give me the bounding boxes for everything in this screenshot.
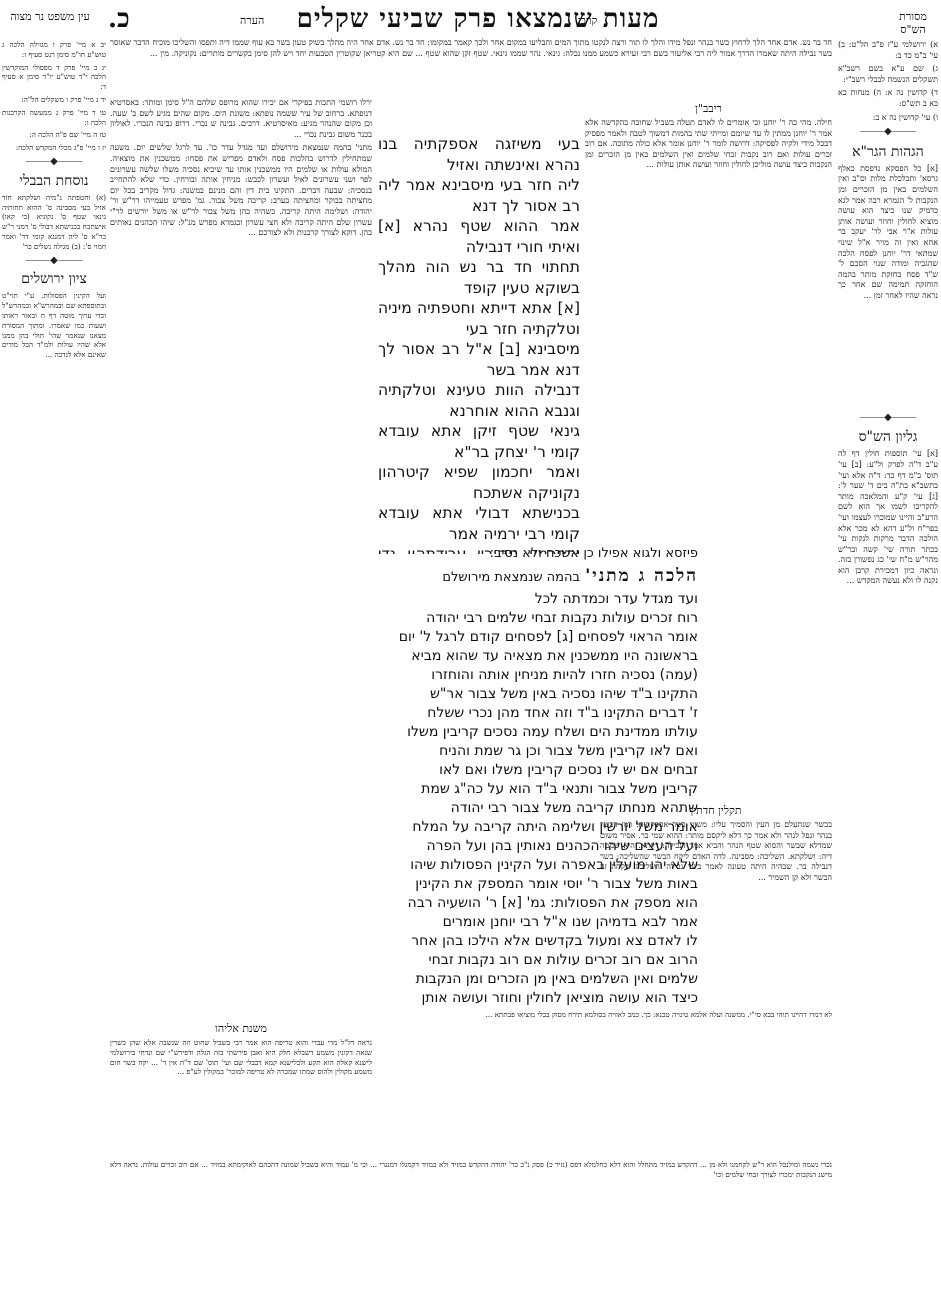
gilyon-hashas-text: [א] עי' תוספות חולין דף לה ע"ב ד"ה לפרק …: [838, 449, 938, 649]
gilyon-hashas-title: גליון הש"ס: [838, 427, 938, 447]
ornament-divider: ⸻◆⸻: [2, 157, 106, 167]
ribbavan-title: ריבב"ן: [585, 102, 832, 116]
ein-mishpat-item: טז ה מיי' שם פ"ה הלכה ה:: [2, 130, 106, 140]
gemara-line: דנבילה הוות טעינא וטלקתיה וגנבא ההוא אוח…: [378, 380, 580, 421]
ein-mishpat-item: יג ב מיי' פרק ד מפסולי המוקדשין הלכה י"ד…: [2, 63, 106, 92]
ein-mishpat-item: יב א מיי' פרק ו מגזילה הלכה ג טוש"ע חו"מ…: [2, 40, 106, 60]
pnei-moshe-text: ירלו רושמי התכות בפיקרי אם יכירו שהוא מר…: [110, 98, 372, 140]
masoret-item: ג) שם ע"א בשם רשב"א תשקלים הנשמח לבבלי ר…: [838, 64, 938, 85]
gemara-line: בכנישתא דבולי אתא עובדא קומי רבי ירמיה א…: [378, 503, 580, 544]
gemara-line: מיסבינא [ב] א"ל רב אסור לך דנא אמר בשר: [378, 339, 580, 380]
mishnat-eliyahu-block: משנת אליהו נראה דל"ל מרי עבדי והוא טריפה…: [110, 1018, 372, 1158]
bottom-full-commentary: נכרי נשמה ומולנכל הוא ר"ש לקחמנו ולא מן …: [110, 1160, 832, 1308]
hagahot-hagra-text: [א] כל הפסקא נדפסת כאלף גרסא' ותכלכלת מל…: [838, 164, 938, 409]
mishna-line: ואם לאו קריבין משל צבור וכן גר שמת והניח: [378, 742, 698, 761]
bottom-right-commentary: לא דמרו דהיינו תוהי בבא סי"י. ממשנה ועלה…: [378, 1010, 832, 1160]
pnei-moshe-column: ירלו רושמי התכות בפיקרי אם יכירו שהוא מר…: [110, 98, 372, 1018]
mishna-line: אומר הראוי לפסחים [ג] לפסחים קודם לרגל ל…: [378, 628, 698, 647]
gemara-closing-line: פיזסא ולגוא אפילו כן אשכח ולא נסיב:: [378, 544, 698, 566]
masoret-item: ד) קדושין נה א: ה) מנחות כא כא ב תש"ס:: [838, 88, 938, 109]
page-title: מעות שנמצאו פרק שביעי שקלים: [268, 4, 688, 34]
right-margin-column: א) ירושלמי ע"ז פ"ב הל"ט: ב) עי' ב"מ כד ב…: [838, 40, 938, 652]
tikalin-chadtin-text: בבשר שנתעלם מן העין והסמיך עליו: משוני ב…: [600, 820, 832, 884]
page-header: מסורת הש"ס קרבן מעות שנמצאו פרק שביעי שק…: [0, 0, 941, 34]
halacha-heading: הלכה ג מתני' בהמה שנמצאת מירושלם: [378, 566, 698, 590]
gemara-line: גינאי שטף זיקן אתא עובדא קומי ר' יצחק בר…: [378, 421, 580, 462]
gemara-line: ואמר יחכמון שפיא קיטרהון נקוניקה אשתכח: [378, 462, 580, 503]
ein-mishpat-item: יד ג מיי' פרק ו משקלים הל"ה:: [2, 95, 106, 105]
mishna-line: עולתו ממדינת הים ושלח עמה נסכים קריבין מ…: [378, 723, 698, 742]
mishnat-eliyahu-text: נראה דל"ל מרי עבדי והוא טריפה הוא אמר רב…: [110, 1038, 372, 1077]
hagahot-hagra-title: הגהות הגר"א: [838, 142, 938, 162]
mishna-line: קריבין משל צבור ותנאי ב"ד הוא על כה"ג שמ…: [378, 780, 698, 799]
ein-mishpat-item: טו ד מיי' פרק ג ממעשה הקרבנות הלכה ו:: [2, 108, 106, 128]
gemara-line: אמר ההוא שטף נהרא [א] ואיתי חורי דנבילה: [378, 216, 580, 257]
halacha-commentary-text: מתני' בהמה שנמצאת מירושלם ועד מגדל עדר כ…: [110, 143, 372, 238]
halacha-title: הלכה ג מתני': [585, 566, 698, 586]
masoret-item: ו) עי' קדושין נה א ב:: [838, 113, 938, 124]
gemara-text-block: בעי משיזגה אספקתיה בנו נהרא ואינשתה ואזי…: [378, 134, 580, 554]
masoret-item: א) ירושלמי ע"ז פ"ב הל"ט: ב) עי' ב"מ כד ב…: [838, 40, 938, 61]
mishna-line: ז' דברים התקינו ב"ד וזה אחד מהן נכרי ששל…: [378, 704, 698, 723]
mishna-line: רוח זכרים עולות נקבות זבחי שלמים רבי יהו…: [378, 609, 698, 628]
ornament-divider: ⸻◆⸻: [2, 256, 106, 266]
tikalin-chadtin-column: תקלין חדתין בבשר שנתעלם מן העין והסמיך ע…: [600, 800, 832, 1000]
mishna-line: (עמה) נסכיה חזרו להיות מניחין אותה והוחז…: [378, 666, 698, 685]
folio-number: כ.: [108, 4, 130, 34]
korban-haeda-top: חד בר נש. אדם אחד הלך לרחוץ בשר בנהר ונפ…: [110, 38, 832, 94]
gemara-line: [א] אתא דייתא וחטפתיה מיניה וטלקתיה חזר …: [378, 298, 580, 339]
gemara-line: ליה חזר בעי מיסבינא אמר ליה רב אסור לך ד…: [378, 175, 580, 216]
mishna-line: זבחים אם יש לו נסכים קריבין משלו ואם לאו: [378, 761, 698, 780]
tikalin-chadtin-title: תקלין חדתין: [600, 804, 832, 818]
nusach-habavli-title: נוסחת הבבלי: [2, 171, 106, 191]
ein-mishpat-heading: עין משפט נר מצוה: [0, 10, 100, 23]
mishna-opening: בהמה שנמצאת מירושלם: [442, 570, 580, 585]
nusach-habavli-text: (א) וחטפתה נ"מיה ושלקתא חזר אזיל בעי מסב…: [2, 193, 106, 252]
masoret-hashas-heading: מסורת הש"ס: [888, 10, 938, 36]
gemara-line: בעי משיזגה אספקתיה בנו נהרא ואינשתה ואזי…: [378, 134, 580, 175]
ribbavan-text: חילה. מהי כה ר' יוחנן וכי אומרים לו לאדם…: [585, 118, 832, 171]
left-margin-column: יב א מיי' פרק ו מגזילה הלכה ג טוש"ע חו"מ…: [2, 40, 106, 444]
haara-heading: הערה: [240, 14, 264, 27]
ornament-divider: ⸻◆⸻: [838, 413, 938, 424]
tziyun-yerushalayim-title: ציון ירושלים: [2, 269, 106, 289]
mishna-line: בראשונה היו ממשכנין את מצאיה עד שהוא מבי…: [378, 647, 698, 666]
ein-mishpat-item: יז ו מיי' פ"ג מכלי המקדש הלכה:: [2, 143, 106, 153]
mishna-line: ועד מגדל עדר וכמדתה לכל: [378, 590, 698, 609]
tziyun-yerushalayim-text: ועל הקינין הפסולות. ע"י תוי"ט ובתוספתא ש…: [2, 291, 106, 441]
ornament-divider: ⸻◆⸻: [838, 127, 938, 138]
mishnat-eliyahu-title: משנת אליהו: [110, 1022, 372, 1036]
mishna-line: התקינו ב"ד שיהו נסכיה באין משל צבור אר"ש: [378, 685, 698, 704]
gemara-line: תחתוי חד בר נש הוה מהלך בשוקא טעין קופד: [378, 257, 580, 298]
